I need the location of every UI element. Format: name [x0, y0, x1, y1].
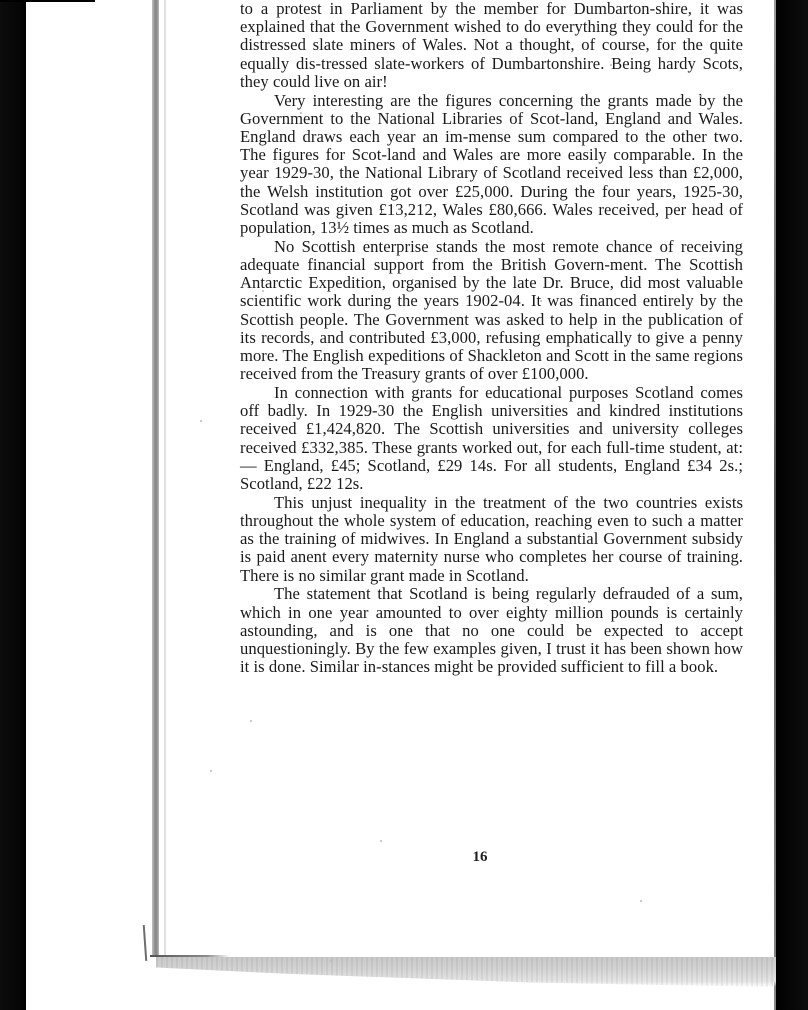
scan-speck	[200, 420, 202, 422]
scan-border-left	[0, 0, 26, 1010]
paragraph: to a protest in Parliament by the member…	[240, 0, 743, 91]
scan-speck	[262, 290, 264, 292]
scan-speck	[420, 283, 422, 285]
page-number: 16	[468, 849, 492, 866]
scan-speck	[640, 900, 642, 902]
scan-speck	[300, 112, 302, 114]
scan-speck	[250, 720, 252, 722]
scan-speck	[540, 300, 542, 302]
scan-speck	[700, 95, 702, 97]
scan-border-top-strip	[0, 0, 95, 2]
scan-speck	[610, 64, 612, 66]
scan-speck	[210, 770, 212, 772]
paragraph: No Scottish enterprise stands the most r…	[240, 238, 743, 384]
scan-speck	[330, 960, 332, 962]
scan-border-right	[776, 0, 808, 1010]
paragraph: In connection with grants for educationa…	[240, 384, 743, 493]
book-page-edge-inner	[164, 0, 166, 955]
paragraph: Very interesting are the figures concern…	[240, 92, 743, 238]
body-text: to a protest in Parliament by the member…	[240, 0, 743, 676]
paragraph: The statement that Scotland is being reg…	[240, 585, 743, 676]
paragraph: This unjust inequality in the treatment …	[240, 494, 743, 585]
book-page-edge	[152, 0, 159, 957]
page-corner-foot	[150, 955, 230, 957]
scan-speck	[520, 610, 522, 612]
scan-speck	[380, 840, 382, 842]
scan-speck	[700, 430, 702, 432]
